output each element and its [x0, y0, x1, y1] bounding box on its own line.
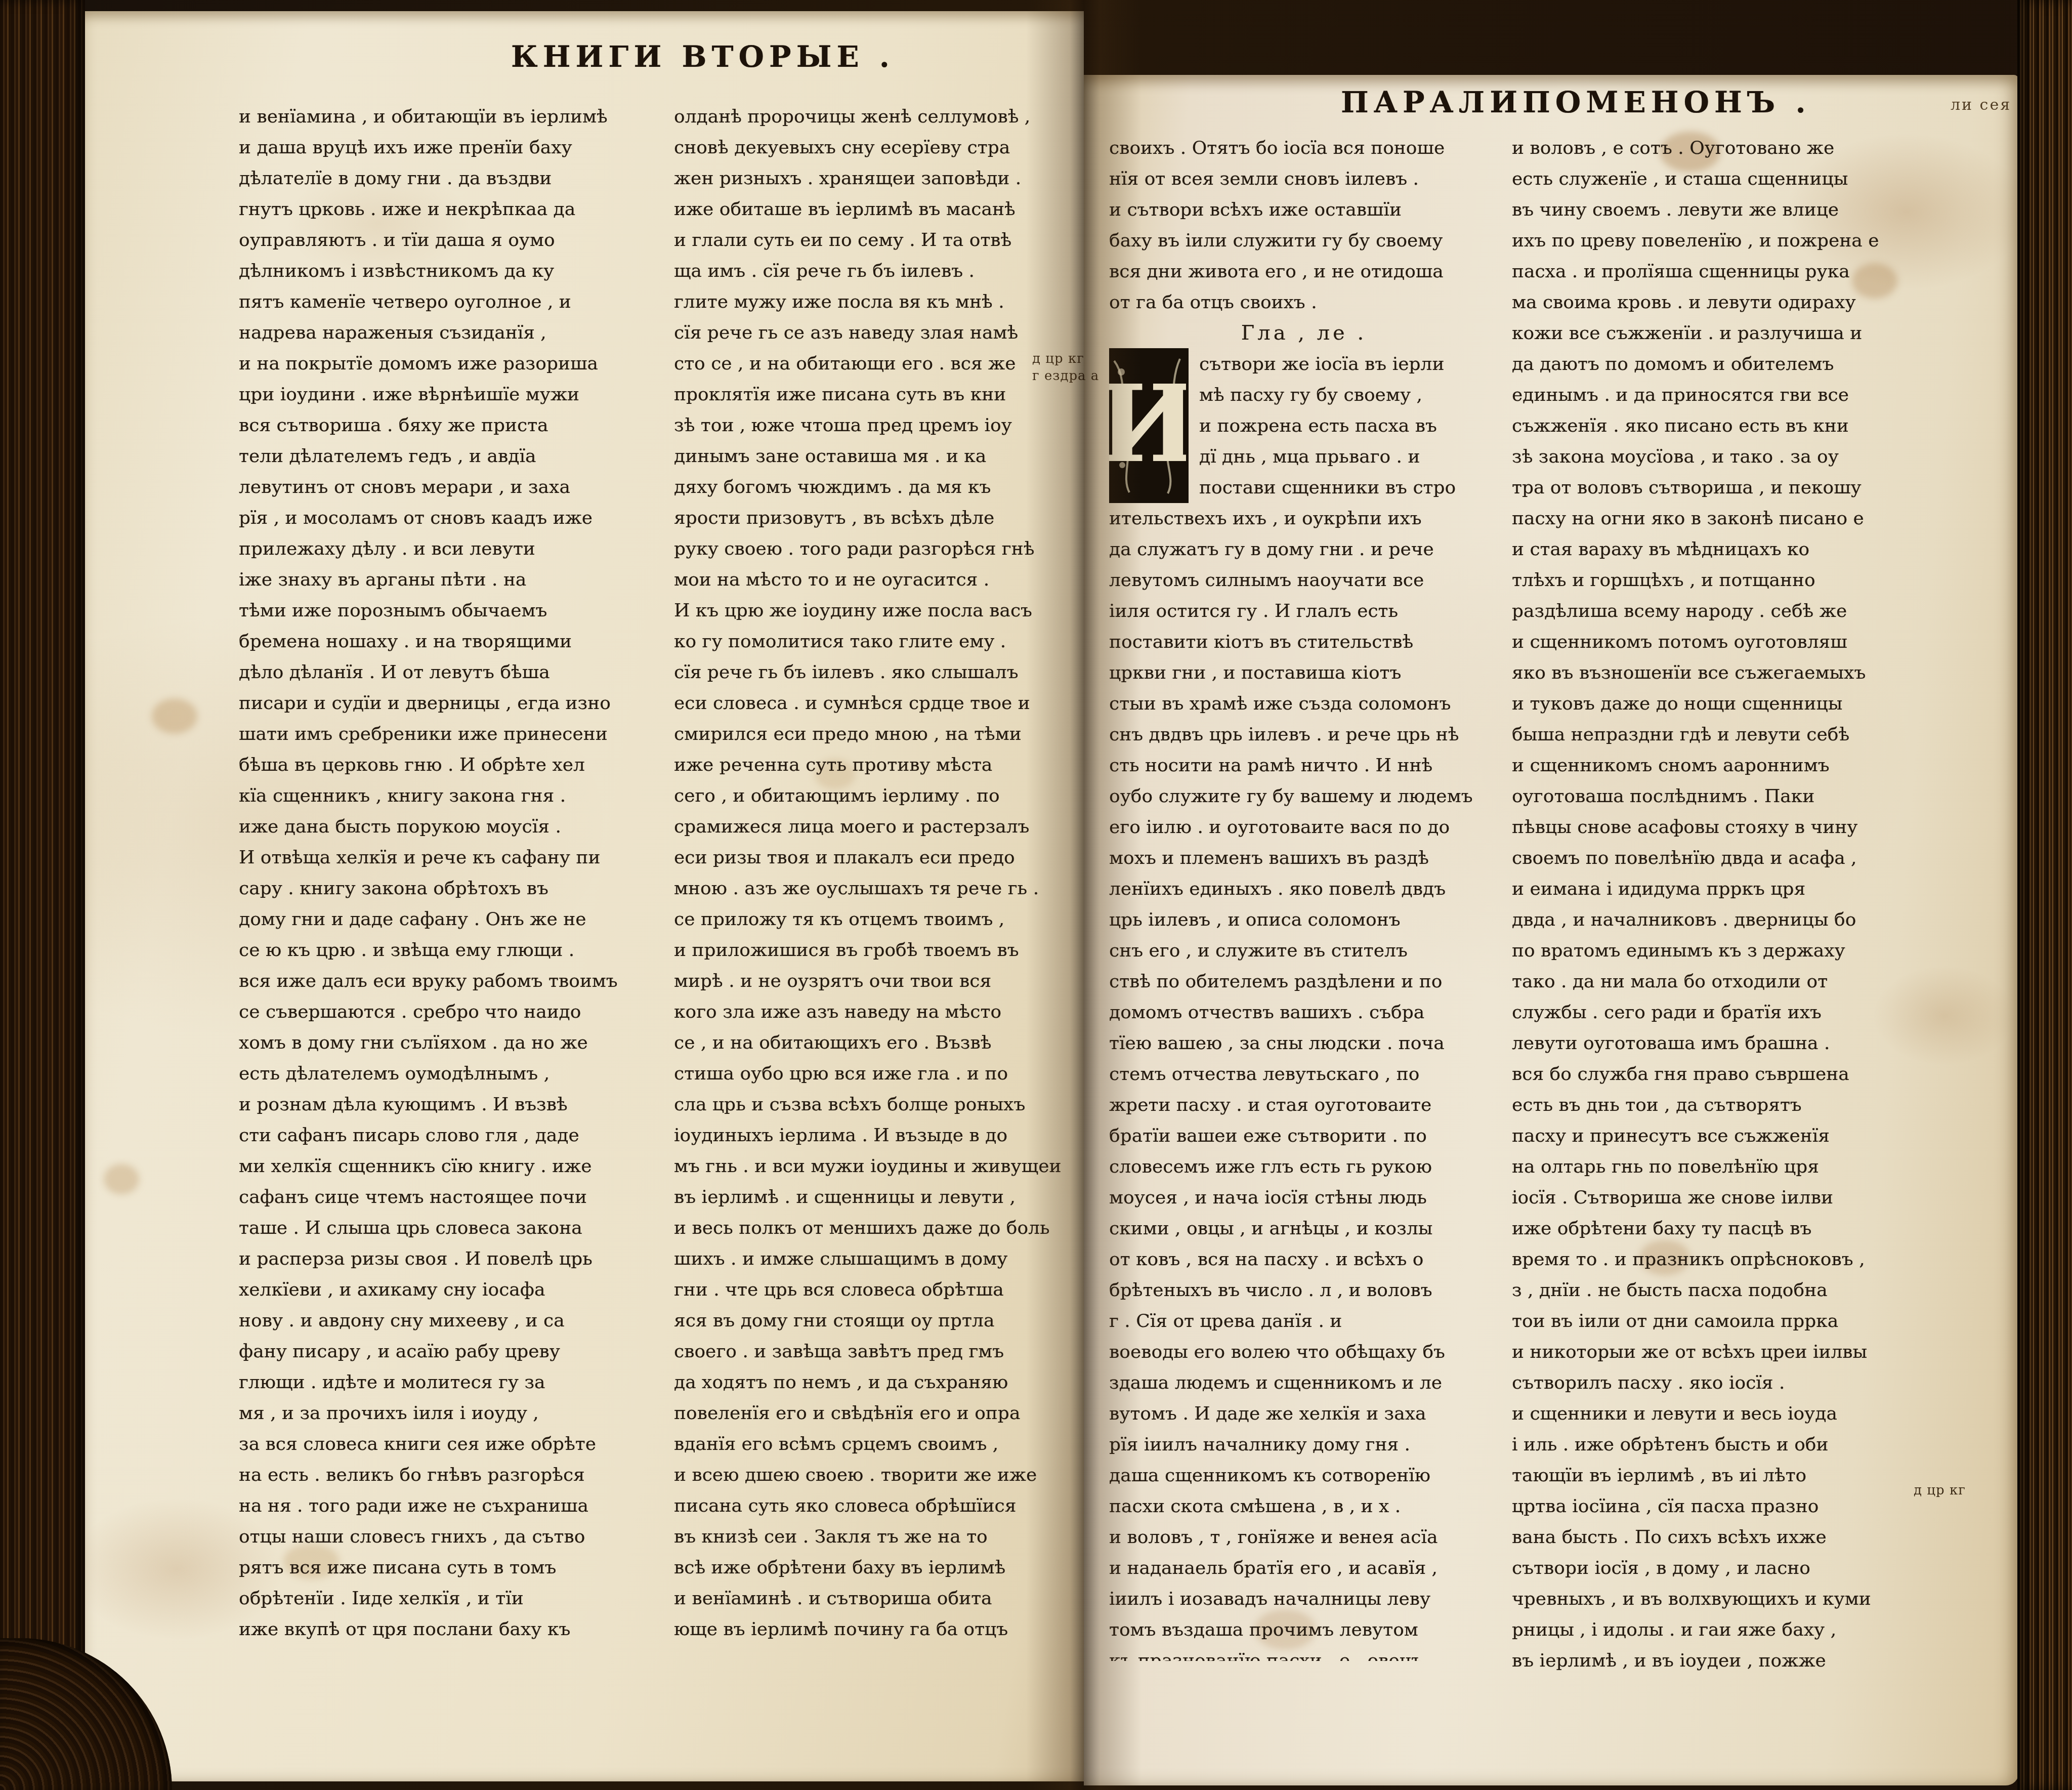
text-line: и глали суть еи по сему . И та отвѣ: [674, 225, 1074, 256]
text-line: тра от воловъ сътвориша , и пекошу: [1512, 472, 1907, 503]
text-line: писари и судїи и дверницы , егда изно: [239, 688, 639, 719]
text-line: брѣтеныхъ въ число . л , и воловъ: [1109, 1275, 1499, 1306]
text-line: вутомъ . И даде же хелкїя и заха: [1109, 1398, 1499, 1429]
text-line: бѣша въ церковь гню . И обрѣте хел: [239, 750, 639, 780]
margin-note-line: д цр кг: [1032, 350, 1108, 367]
text-line: обрѣтенїи . Іиде хелкїя , и тїи: [239, 1583, 639, 1614]
margin-note-initial: д цр кг г ездра а: [1032, 350, 1108, 385]
text-line: отцы наши словесъ гнихъ , да сътво: [239, 1521, 639, 1552]
margin-note-line: г ездра а: [1032, 367, 1108, 385]
text-line: и даша вруцѣ ихъ иже пренїи баху: [239, 132, 639, 163]
text-line: кого зла иже азъ наведу на мѣсто: [674, 996, 1074, 1027]
text-line: сла црь и съзва всѣхъ болще роныхъ: [674, 1089, 1074, 1120]
text-line: надрева нараженыя съзиданїя ,: [239, 317, 639, 348]
text-line: дому гни и даде сафану . Онъ же не: [239, 904, 639, 935]
text-line: стиша оубо црю вся иже гла . и по: [674, 1058, 1074, 1089]
text-line: вся дни живота его , и не отидоша: [1109, 256, 1499, 287]
col1-rest: ительствехъ ихъ , и оукрѣпи ихъда служат…: [1109, 503, 1499, 1661]
text-line: даша сщенникомъ къ сотворенїю: [1109, 1460, 1499, 1491]
text-line: нову . и авдону сну михееву , и са: [239, 1305, 639, 1336]
text-line: И отвѣща хелкїя и рече къ сафану пи: [239, 842, 639, 873]
text-line: гни . чте црь вся словеса обрѣтша: [674, 1274, 1074, 1305]
text-line: іосїя . Сътвориша же снове іилви: [1512, 1182, 1907, 1213]
text-line: ствѣ по обителемъ раздѣлени и по: [1109, 966, 1499, 997]
text-line: и венїамина , и обитающїи въ іерлимѣ: [239, 101, 639, 132]
text-line: быша непраздни гдѣ и левути себѣ: [1512, 719, 1907, 750]
running-head-left: КНИГИ ВТОРЫЕ .: [511, 39, 895, 74]
text-line: сафанъ сице чтемъ настоящее почи: [239, 1182, 639, 1213]
text-line: цркви гни , и поставиша кіотъ: [1109, 657, 1499, 688]
text-line: къ празнованїю пасхи . е , овецъ ,: [1109, 1645, 1499, 1661]
text-line: тѣми иже порознымъ обычаемъ: [239, 595, 639, 626]
text-line: мохъ и племенъ вашихъ въ раздѣ: [1109, 843, 1499, 873]
ornate-initial-art: И: [1109, 351, 1186, 501]
text-line: таше . И слыша црь словеса закона: [239, 1213, 639, 1243]
text-line: иже обиташе въ іерлимѣ въ масанѣ: [674, 194, 1074, 225]
text-line: рїя іиилъ началнику дому гня .: [1109, 1429, 1499, 1460]
text-line: вся бо служба гня право съвршена: [1512, 1059, 1907, 1090]
text-line: іже знаху въ арганы пѣти . на: [239, 564, 639, 595]
text-line: кожи все съжженїи . и разлучиша и: [1512, 318, 1907, 349]
text-line: руку своею . того ради разгорѣся гнѣ: [674, 533, 1074, 564]
text-line: и воловъ , т , гонїяже и венея асїа: [1109, 1522, 1499, 1553]
text-line: съжженїя . яко писано есть въ кни: [1512, 410, 1907, 441]
text-line: еси ризы твоя и плакалъ еси предо: [674, 842, 1074, 873]
text-line: на ня . того ради иже не съхраниша: [239, 1490, 639, 1521]
text-line: И къ црю же іоудину иже посла васъ: [674, 595, 1074, 626]
text-line: томъ въздаша прочимъ левутом: [1109, 1614, 1499, 1645]
text-line: глите мужу иже посла вя къ мнѣ .: [674, 286, 1074, 317]
margin-note-right: д цр кг: [1914, 1482, 1966, 1499]
text-line: пасху на огни яко в законѣ писано е: [1512, 503, 1907, 534]
text-line: единымъ . и да приносятся гви все: [1512, 380, 1907, 410]
text-line: оуправляютъ . и тїи даша я оумо: [239, 225, 639, 256]
text-line: братїи вашеи еже сътворити . по: [1109, 1120, 1499, 1151]
text-line: зѣ закона моусїова , и тако . за оу: [1512, 441, 1907, 472]
text-line: вана бысть . По сихъ всѣхъ ихже: [1512, 1522, 1907, 1553]
text-line: сти сафанъ писарь слово гля , даде: [239, 1120, 639, 1151]
text-line: есть дѣлателемъ оумодѣлнымъ ,: [239, 1058, 639, 1089]
text-line: стыи въ храмѣ иже създа соломонъ: [1109, 688, 1499, 719]
text-line: рїя , и мосоламъ от сновъ каадъ иже: [239, 503, 639, 533]
text-line: ма своима кровь . и левути одираху: [1512, 287, 1907, 318]
text-line: вся иже далъ еси вруку рабомъ твоимъ: [239, 966, 639, 996]
text-line: на есть . великъ бо гнѣвъ разгорѣся: [239, 1460, 639, 1490]
text-line: хелкїеви , и ахикаму сну іосафа: [239, 1274, 639, 1305]
text-line: з , днїи . не бысть пасха подобна: [1512, 1275, 1907, 1306]
ornate-initial-block: И: [1109, 351, 1186, 501]
text-line: здаша людемъ и сщенникомъ и ле: [1109, 1367, 1499, 1398]
text-line: сътвори іосїя , в дому , и ласно: [1512, 1553, 1907, 1584]
text-line: и расперза ризы своя . И повелѣ црь: [239, 1243, 639, 1274]
text-line: вся сътвориша . бяху же приста: [239, 410, 639, 441]
text-line: и еимана і идидума прркъ цря: [1512, 873, 1907, 904]
text-line: иже вкупѣ от цря послани баху къ: [239, 1614, 639, 1645]
text-line: сїя рече гь бъ іилевъ . яко слышалъ: [674, 657, 1074, 688]
text-line: срамижеся лица моего и растерзалъ: [674, 811, 1074, 842]
text-line: зѣ тои , юже чтоша пред цремъ іоу: [674, 410, 1074, 441]
text-line: да ходятъ по немъ , и да съхраняю: [674, 1367, 1074, 1398]
text-line: црь іилевъ , и описа соломонъ: [1109, 904, 1499, 935]
text-line: тающїи въ іерлимѣ , въ иі лѣто: [1512, 1460, 1907, 1491]
text-line: и на покрытїе домомъ иже разориша: [239, 348, 639, 379]
text-line: и рознам дѣла кующимъ . И възвѣ: [239, 1089, 639, 1120]
text-line: баху въ іили служити гу бу своему: [1109, 225, 1499, 256]
text-line: от ковъ , вся на пасху . и всѣхъ о: [1109, 1244, 1499, 1275]
text-line: и венїаминѣ . и сътвориша обита: [674, 1583, 1074, 1614]
text-line: сто се , и на обитающи его . вся же: [674, 348, 1074, 379]
text-line: поставити кіотъ въ стительствѣ: [1109, 627, 1499, 657]
text-line: іоудиныхъ іерлима . И възыде в до: [674, 1120, 1074, 1151]
text-line: дѣлникомъ і извѣстникомъ да ку: [239, 256, 639, 286]
text-line: глющи . идѣте и молитеся гу за: [239, 1367, 639, 1398]
text-line: рницы , і идолы . и гаи яже баху ,: [1512, 1614, 1907, 1645]
text-line: ленїихъ единыхъ . яко повелѣ двдъ: [1109, 873, 1499, 904]
text-line: еси словеса . и сумнѣся срдце твое и: [674, 688, 1074, 719]
text-line: воеводы его волею что обѣщаху бъ: [1109, 1337, 1499, 1367]
text-line: писана суть яко словеса обрѣшїися: [674, 1490, 1074, 1521]
text-line: динымъ зане оставиша мя . и ка: [674, 441, 1074, 472]
text-line: снъ его , и служите въ стителъ: [1109, 935, 1499, 966]
text-line: левутомъ силнымъ наоучати все: [1109, 565, 1499, 596]
text-line: его іилю . и оуготоваите вася по до: [1109, 812, 1499, 843]
text-line: се приложу тя къ отцемъ твоимъ ,: [674, 904, 1074, 935]
text-line: и стая вараху въ мѣдницахъ ко: [1512, 534, 1907, 565]
text-line: и сщенники и левути и весь іоуда: [1512, 1398, 1907, 1429]
text-line: пятъ каменїе четверо оуголное , и: [239, 286, 639, 317]
text-line: всѣ иже обрѣтени баху въ іерлимѣ: [674, 1552, 1074, 1583]
text-line: дяху богомъ чюждимъ . да мя къ: [674, 472, 1074, 503]
text-line: да даютъ по домомъ и обителемъ: [1512, 349, 1907, 380]
text-line: пасхи скота смѣшена , в , и х .: [1109, 1491, 1499, 1522]
text-line: ми хелкїя сщенникъ сїю книгу . иже: [239, 1151, 639, 1182]
text-line: и сътвори всѣхъ иже оставшїи: [1109, 194, 1499, 225]
text-line: мя , и за прочихъ іиля і иоуду ,: [239, 1398, 639, 1429]
text-line: мъ гнь . и вси мужи іоудины и живущеи: [674, 1151, 1074, 1182]
text-line: жрети пасху . и стая оуготоваите: [1109, 1090, 1499, 1120]
text-line: есть служенїе , и сташа сщенницы: [1512, 163, 1907, 194]
book-edge-right: [2017, 0, 2072, 1790]
text-line: дѣло дѣланїя . И от левутъ бѣша: [239, 657, 639, 688]
text-line: се , и на обитающихъ его . Възвѣ: [674, 1027, 1074, 1058]
text-line: оуготоваша послѣднимъ . Паки: [1512, 781, 1907, 812]
col1-intro: своихъ . Отятъ бо іосїа вся поношенїя от…: [1109, 133, 1499, 318]
text-line: хомъ в дому гни сълїяхом . да но же: [239, 1027, 639, 1058]
text-line: время то . и празникъ опрѣсноковъ ,: [1512, 1244, 1907, 1275]
text-line: на олтарь гнь по повелѣнїю цря: [1512, 1151, 1907, 1182]
text-line: въ чину своемъ . левути же влице: [1512, 194, 1907, 225]
text-line: жен ризныхъ . хранящеи заповѣди .: [674, 163, 1074, 194]
text-line: службы . сего ради и братїя ихъ: [1512, 997, 1907, 1028]
initial-paragraph: И сътвори же іосїа въ іерлимѣ пасху гу б…: [1109, 349, 1499, 503]
text-line: своихъ . Отятъ бо іосїа вся поноше: [1109, 133, 1499, 163]
text-line: іиилъ і иозавадъ началницы леву: [1109, 1584, 1499, 1614]
text-line: домомъ отчествъ вашихъ . събра: [1109, 997, 1499, 1028]
text-line: и туковъ даже до нощи сщенницы: [1512, 688, 1907, 719]
text-line: іиля остится гу . И глалъ есть: [1109, 596, 1499, 627]
text-line: и наданаель братїя его , и асавїя ,: [1109, 1553, 1499, 1584]
text-line: словесемъ иже глъ есть гь рукою: [1109, 1151, 1499, 1182]
text-line: дѣлателїе в дому гни . да въздви: [239, 163, 639, 194]
text-line: иже дана бысть порукою моусїя .: [239, 811, 639, 842]
text-line: скими , овцы , и агнѣцы , и козлы: [1109, 1213, 1499, 1244]
text-line: ща имъ . сїя рече гь бъ іилевъ .: [674, 256, 1074, 286]
text-line: моусея , и нача іосїя стѣны людь: [1109, 1182, 1499, 1213]
text-line: мои на мѣсто то и не оугасится .: [674, 564, 1074, 595]
text-line: сновѣ декуевыхъ сну есерїеву стра: [674, 132, 1074, 163]
svg-text:И: И: [1109, 361, 1186, 486]
text-line: въ іерлимѣ . и сщенницы и левути ,: [674, 1182, 1074, 1213]
text-line: тлѣхъ и горшцѣхъ , и потщанно: [1512, 565, 1907, 596]
text-line: проклятїя иже писана суть въ кни: [674, 379, 1074, 410]
text-line: да служатъ гу в дому гни . и рече: [1109, 534, 1499, 565]
text-line: се ю къ црю . и звѣща ему глющи .: [239, 935, 639, 966]
text-line: тели дѣлателемъ гедъ , и авдїа: [239, 441, 639, 472]
left-col-2: олданѣ пророчицы женѣ селлумовѣ ,сновѣ д…: [674, 101, 1074, 1660]
text-line: пасху и принесутъ все съжженїя: [1512, 1120, 1907, 1151]
text-line: двда , и началниковъ . дверницы бо: [1512, 904, 1907, 935]
text-line: и весь полкъ от меншихъ даже до боль: [674, 1213, 1074, 1243]
text-line: повеленїя его и свѣдѣнїя его и опра: [674, 1398, 1074, 1429]
text-line: смирился еси предо мною , на тѣми: [674, 719, 1074, 750]
text-line: тако . да ни мала бо отходили от: [1512, 966, 1907, 997]
right-col-2: и воловъ , е сотъ . Оуготовано жеесть сл…: [1512, 133, 1907, 1676]
text-line: прилежаху дѣлу . и вси левути: [239, 533, 639, 564]
chapter-heading: Гла , ле .: [1109, 318, 1499, 349]
text-line: есть въ днь тои , да сътворятъ: [1512, 1090, 1907, 1120]
text-line: сего , и обитающимъ іерлиму . по: [674, 780, 1074, 811]
text-line: и всею дшею своею . творити же иже: [674, 1460, 1074, 1490]
text-line: от га ба отцъ своихъ .: [1109, 287, 1499, 318]
text-line: нїя от всея земли сновъ іилевъ .: [1109, 163, 1499, 194]
text-line: кїа сщенникъ , книгу закона гня .: [239, 780, 639, 811]
text-line: мною . азъ же оуслышахъ тя рече гь .: [674, 873, 1074, 904]
text-line: по вратомъ единымъ къ з держаху: [1512, 935, 1907, 966]
text-line: стемъ отчества левутьскаго , по: [1109, 1059, 1499, 1090]
text-line: бремена ношаху . и на творящими: [239, 626, 639, 657]
text-line: въ книзѣ сеи . Закля тъ же на то: [674, 1521, 1074, 1552]
text-line: иже обрѣтени баху ту пасцѣ въ: [1512, 1213, 1907, 1244]
text-line: сътворилъ пасху . яко іосїя .: [1512, 1367, 1907, 1398]
text-line: гнутъ црковь . иже и некрѣпкаа да: [239, 194, 639, 225]
text-line: яся въ дому гни стоящи оу пртла: [674, 1305, 1074, 1336]
text-line: пѣвцы снове асафовы стояху в чину: [1512, 812, 1907, 843]
book-photo: { "book": { "ink_color": "#241a10", "pap…: [0, 0, 2072, 1790]
text-line: и приложишися въ гробѣ твоемъ въ: [674, 935, 1074, 966]
text-line: ихъ по цреву повеленїю , и пожрена е: [1512, 225, 1907, 256]
folio-number: ли сея: [1951, 96, 2011, 114]
text-line: пасха . и пролїяша сщенницы рука: [1512, 256, 1907, 287]
text-line: чревныхъ , и въ волхвующихъ и куми: [1512, 1584, 1907, 1614]
text-line: своемъ по повелѣнїю двда и асафа ,: [1512, 843, 1907, 873]
text-line: сару . книгу закона обрѣтохъ въ: [239, 873, 639, 904]
text-line: левути оуготоваша имъ брашна .: [1512, 1028, 1907, 1059]
text-line: оубо служите гу бу вашему и людемъ: [1109, 781, 1499, 812]
text-line: се съвершаются . сребро что наидо: [239, 996, 639, 1027]
running-head-right: ПАРАЛИПОМЕНОНЪ .: [1341, 85, 1811, 119]
text-line: шихъ . и имже слышащимъ в дому: [674, 1243, 1074, 1274]
text-line: тїею вашею , за сны людски . поча: [1109, 1028, 1499, 1059]
text-line: снъ двдвъ црь іилевъ . и рече црь нѣ: [1109, 719, 1499, 750]
text-line: и воловъ , е сотъ . Оуготовано же: [1512, 133, 1907, 163]
text-line: рятъ вся иже писана суть в томъ: [239, 1552, 639, 1583]
text-line: и никоторыи же от всѣхъ цреи іилвы: [1512, 1337, 1907, 1367]
text-line: г . Сїя от црева данїя . и: [1109, 1306, 1499, 1337]
text-line: юще въ іерлимѣ почину га ба отцъ: [674, 1614, 1074, 1645]
text-line: своего . и завѣща завѣтъ пред гмъ: [674, 1336, 1074, 1367]
text-line: фану писару , и асаїю рабу цреву: [239, 1336, 639, 1367]
text-line: тои въ іили от дни самоила пррка: [1512, 1306, 1907, 1337]
text-line: шати имъ сребреники иже принесени: [239, 719, 639, 750]
book-edge-left: [0, 0, 85, 1790]
text-line: и сщенникомъ потомъ оуготовляш: [1512, 627, 1907, 657]
text-line: за вся словеса книги сея иже обрѣте: [239, 1429, 639, 1460]
text-line: ко гу помолитися тако глите ему .: [674, 626, 1074, 657]
text-line: мирѣ . и не оузрятъ очи твои вся: [674, 966, 1074, 996]
text-line: раздѣлиша всему народу . себѣ же: [1512, 596, 1907, 627]
text-line: левутинъ от сновъ мерари , и заха: [239, 472, 639, 503]
text-line: цри іоудини . иже вѣрнѣишїе мужи: [239, 379, 639, 410]
text-line: сїя рече гь се азъ наведу злая намѣ: [674, 317, 1074, 348]
text-line: и сщенникомъ сномъ аароннимъ: [1512, 750, 1907, 781]
text-line: сть носити на рамѣ ничто . И ннѣ: [1109, 750, 1499, 781]
text-line: иже реченна суть противу мѣста: [674, 750, 1074, 780]
text-line: олданѣ пророчицы женѣ селлумовѣ ,: [674, 101, 1074, 132]
text-line: яко въ възношенїи все съжегаемыхъ: [1512, 657, 1907, 688]
left-col-1: и венїамина , и обитающїи въ іерлимѣи да…: [239, 101, 639, 1660]
text-line: і иль . иже обрѣтенъ бысть и оби: [1512, 1429, 1907, 1460]
text-line: ительствехъ ихъ , и оукрѣпи ихъ: [1109, 503, 1499, 534]
text-line: въ іерлимѣ , и въ іоудеи , пожже: [1512, 1645, 1907, 1676]
text-line: вданїя его всѣмъ срцемъ своимъ ,: [674, 1429, 1074, 1460]
right-col-1: своихъ . Отятъ бо іосїа вся поношенїя от…: [1109, 133, 1499, 1661]
text-line: цртва іосїина , сїя пасха празно: [1512, 1491, 1907, 1522]
text-line: ярости призовутъ , въ всѣхъ дѣле: [674, 503, 1074, 533]
